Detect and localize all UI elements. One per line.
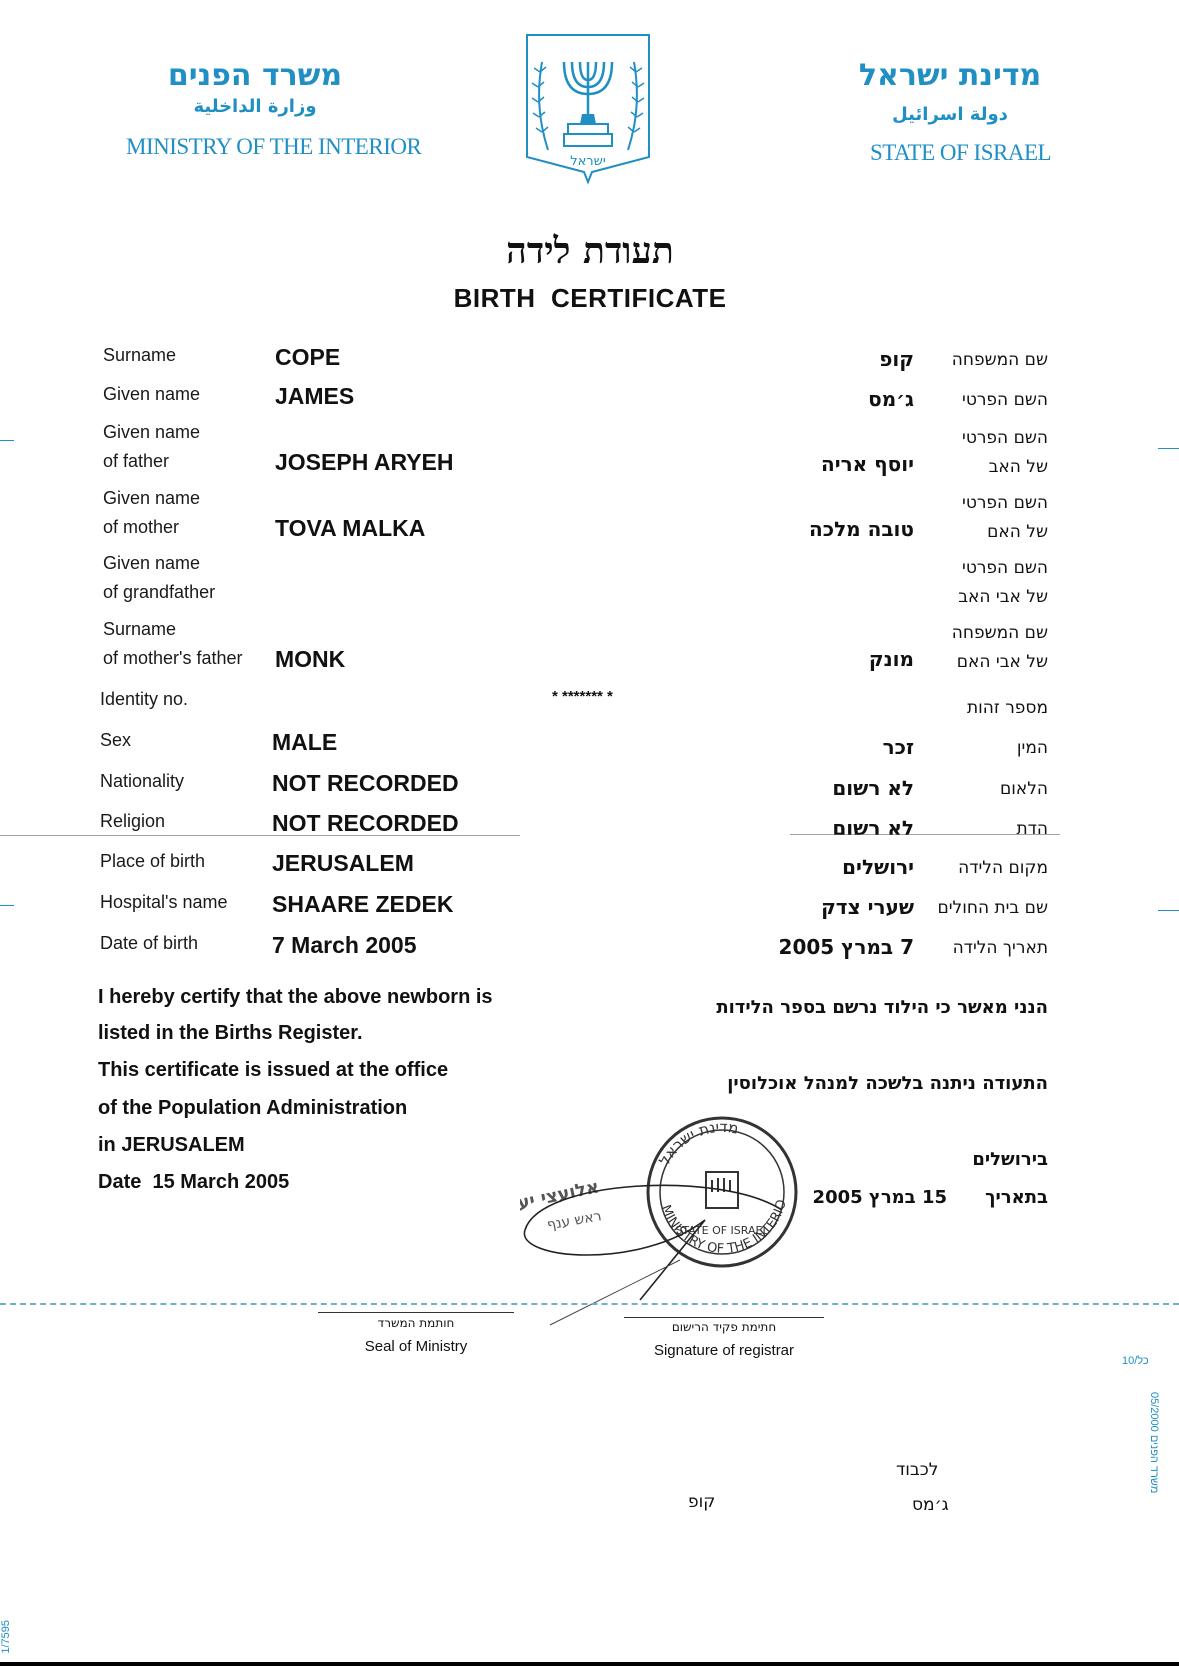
field-value: JERUSALEM bbox=[272, 850, 414, 877]
margin-tick-right bbox=[1158, 910, 1179, 911]
field-label-hebrew: תאריך הלידה bbox=[953, 934, 1048, 963]
field-value-hebrew: לא רשום bbox=[832, 776, 914, 800]
field-label-hebrew-line: המין bbox=[1017, 734, 1048, 763]
ministry-seal-stamp-icon: מדינת ישראל MINISTRY OF THE INTERIOR STA… bbox=[520, 1110, 820, 1340]
field-label-hebrew: הדת bbox=[1016, 815, 1048, 844]
certificate-title-english: BIRTH CERTIFICATE bbox=[400, 283, 780, 314]
field-value: SHAARE ZEDEK bbox=[272, 891, 453, 918]
field-label-line: of mother's father bbox=[103, 644, 243, 673]
field-value: NOT RECORDED bbox=[272, 810, 459, 837]
margin-tick-right bbox=[1158, 448, 1179, 449]
footer-given-name: ג׳מס bbox=[912, 1495, 949, 1515]
field-value: JOSEPH ARYEH bbox=[275, 449, 454, 476]
field-label-hebrew: מספר זהות bbox=[967, 694, 1048, 723]
field-value-hebrew: ג׳מס bbox=[868, 387, 914, 411]
field-label: Given nameof mother bbox=[103, 484, 200, 542]
field-label-hebrew-line: השם הפרטי bbox=[962, 386, 1048, 415]
field-label-hebrew-line: השם הפרטי bbox=[958, 554, 1048, 583]
field-label-hebrew-line: הדת bbox=[1016, 815, 1048, 844]
ministry-english-title: MINISTRY OF THE INTERIOR bbox=[126, 134, 421, 160]
scan-artifact-line bbox=[0, 835, 520, 836]
field-label-hebrew-line: השם הפרטי bbox=[962, 489, 1048, 518]
issue-date-hebrew-label: בתאריך bbox=[985, 1187, 1048, 1208]
field-label-hebrew-line: של האם bbox=[962, 518, 1048, 547]
field-label-hebrew-line: הלאום bbox=[1000, 775, 1048, 804]
field-label-hebrew-line: מספר זהות bbox=[967, 694, 1048, 723]
field-label-line: Surname bbox=[103, 341, 176, 370]
field-label: Given nameof grandfather bbox=[103, 549, 215, 607]
side-form-code: משרד הפנים 05/2000 bbox=[1148, 1392, 1160, 1493]
certification-hebrew-line2: התעודה ניתנה בלשכה למנהל אוכלוסין bbox=[727, 1073, 1048, 1094]
field-label-line: Given name bbox=[103, 418, 200, 447]
margin-tick-left bbox=[0, 440, 14, 441]
field-value-hebrew: ירושלים bbox=[842, 855, 914, 879]
field-label-line: Given name bbox=[103, 549, 215, 578]
state-hebrew-title: מדינת ישראל bbox=[840, 58, 1060, 93]
field-label: Given nameof father bbox=[103, 418, 200, 476]
field-label-hebrew: שם המשפחה bbox=[952, 346, 1048, 375]
field-label-hebrew-line: שם המשפחה bbox=[952, 346, 1048, 375]
field-label-line: Given name bbox=[103, 380, 200, 409]
field-label: Surname bbox=[103, 341, 176, 370]
svg-text:ראש ענף: ראש ענף bbox=[546, 1208, 603, 1233]
field-label-line: Identity no. bbox=[100, 685, 188, 714]
tear-off-perforation bbox=[0, 1303, 1179, 1305]
certification-hebrew-line1: הנני מאשר כי הילוד נרשם בספר הלידות bbox=[716, 997, 1048, 1018]
field-label: Sex bbox=[100, 726, 131, 755]
field-label-hebrew: המין bbox=[1017, 734, 1048, 763]
field-label-hebrew: השם הפרטישל אבי האב bbox=[958, 554, 1048, 612]
field-label-hebrew: השם הפרטישל האב bbox=[962, 424, 1048, 482]
field-label-hebrew: שם בית החולים bbox=[937, 894, 1048, 923]
registrar-signature-line bbox=[624, 1317, 824, 1318]
field-label-hebrew-line: שם בית החולים bbox=[937, 894, 1048, 923]
field-label-hebrew-line: של אבי האב bbox=[958, 583, 1048, 612]
field-value-hebrew: יוסף אריה bbox=[821, 452, 914, 476]
field-value: MALE bbox=[272, 729, 337, 756]
field-label: Identity no. bbox=[100, 685, 188, 714]
state-english-title: STATE OF ISRAEL bbox=[870, 140, 1051, 166]
field-value: MONK bbox=[275, 646, 345, 673]
issue-city-hebrew: בירושלים bbox=[972, 1149, 1048, 1170]
certification-line: Date 15 March 2005 bbox=[98, 1171, 289, 1194]
field-label: Date of birth bbox=[100, 929, 198, 958]
field-label-hebrew-line: תאריך הלידה bbox=[953, 934, 1048, 963]
field-label-hebrew-line: שם המשפחה bbox=[952, 619, 1048, 648]
field-label-line: Date of birth bbox=[100, 929, 198, 958]
field-label-hebrew: השם הפרטישל האם bbox=[962, 489, 1048, 547]
field-label-hebrew: השם הפרטי bbox=[962, 386, 1048, 415]
bottom-left-code: 1/7595 bbox=[0, 1620, 12, 1654]
ministry-arabic-title: وزارة الداخلية bbox=[185, 96, 325, 117]
field-label-hebrew: שם המשפחהשל אבי האם bbox=[952, 619, 1048, 677]
registrar-label-hebrew: חתימת פקיד הרישום bbox=[624, 1320, 824, 1334]
field-label: Nationality bbox=[100, 767, 184, 796]
field-value-hebrew: קופ bbox=[879, 347, 914, 371]
field-label-line: of mother bbox=[103, 513, 200, 542]
field-value: COPE bbox=[275, 344, 340, 371]
field-value-hebrew: שערי צדק bbox=[821, 895, 914, 919]
certification-line: of the Population Administration bbox=[98, 1097, 407, 1120]
field-label-hebrew-line: של אבי האם bbox=[952, 648, 1048, 677]
field-label-line: Nationality bbox=[100, 767, 184, 796]
field-value-hebrew: זכר bbox=[883, 735, 914, 759]
field-label: Place of birth bbox=[100, 847, 205, 876]
field-label-line: Place of birth bbox=[100, 847, 205, 876]
field-value: JAMES bbox=[275, 383, 354, 410]
field-label-line: Hospital's name bbox=[100, 888, 228, 917]
field-value-hebrew: 7 במרץ 2005 bbox=[779, 935, 914, 959]
scan-edge bbox=[0, 1662, 1179, 1666]
footer-salutation: לכבוד bbox=[896, 1460, 938, 1480]
certification-line: listed in the Births Register. bbox=[98, 1022, 363, 1045]
field-label: Religion bbox=[100, 807, 165, 836]
seal-signature-line bbox=[318, 1312, 514, 1313]
scan-artifact-line bbox=[790, 834, 1060, 835]
form-number: כל/10 bbox=[1122, 1355, 1149, 1367]
field-value: 7 March 2005 bbox=[272, 932, 416, 959]
field-value: NOT RECORDED bbox=[272, 770, 459, 797]
certification-line: in JERUSALEM bbox=[98, 1134, 245, 1157]
field-label-hebrew-line: של האב bbox=[962, 453, 1048, 482]
field-label-hebrew-line: מקום הלידה bbox=[958, 854, 1048, 883]
field-value-hebrew: טובה מלכה bbox=[809, 517, 914, 541]
state-arabic-title: دولة اسرائيل bbox=[880, 104, 1020, 125]
field-label-line: Surname bbox=[103, 615, 243, 644]
field-label-line: Given name bbox=[103, 484, 200, 513]
certification-line: I hereby certify that the above newborn … bbox=[98, 986, 493, 1009]
seal-label-hebrew: חותמת המשרד bbox=[318, 1316, 514, 1330]
field-value-hebrew: לא רשום bbox=[832, 816, 914, 840]
seal-label-english: Seal of Ministry bbox=[318, 1338, 514, 1355]
field-label-line: Sex bbox=[100, 726, 131, 755]
field-label-hebrew: מקום הלידה bbox=[958, 854, 1048, 883]
field-label-line: of grandfather bbox=[103, 578, 215, 607]
issue-date-hebrew-value: 15 במרץ 2005 bbox=[813, 1187, 947, 1208]
menorah-emblem-icon: ישראל bbox=[524, 32, 652, 190]
field-value: * ******* * bbox=[552, 688, 613, 705]
field-label: Hospital's name bbox=[100, 888, 228, 917]
field-value-hebrew: מונק bbox=[869, 647, 914, 671]
field-label-line: Religion bbox=[100, 807, 165, 836]
ministry-hebrew-title: משרד הפנים bbox=[160, 58, 350, 93]
field-label: Surnameof mother's father bbox=[103, 615, 243, 673]
registrar-label-english: Signature of registrar bbox=[624, 1342, 824, 1359]
field-label: Given name bbox=[103, 380, 200, 409]
field-value: TOVA MALKA bbox=[275, 515, 425, 542]
field-label-hebrew-line: השם הפרטי bbox=[962, 424, 1048, 453]
field-label-line: of father bbox=[103, 447, 200, 476]
footer-surname: קופ bbox=[688, 1492, 715, 1512]
field-label-hebrew: הלאום bbox=[1000, 775, 1048, 804]
svg-text:ישראל: ישראל bbox=[570, 154, 606, 169]
margin-tick-left bbox=[0, 905, 14, 906]
certification-line: This certificate is issued at the office bbox=[98, 1059, 448, 1082]
certificate-title-hebrew: תעודת לידה bbox=[420, 230, 760, 272]
